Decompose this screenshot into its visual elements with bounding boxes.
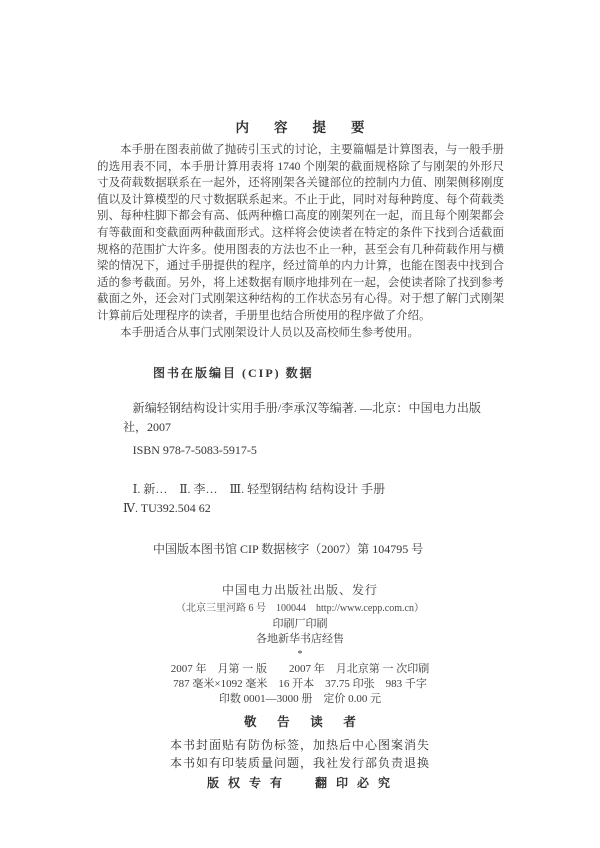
edition-line: 2007 年 月第 一 版 2007 年 月北京第 一 次印刷 [0,662,600,677]
asterisk-separator: * [0,649,600,661]
cip-classification-line1: Ⅰ. 新… Ⅱ. 李… Ⅲ. 轻型钢结构 结构设计 手册 [123,480,481,499]
book-copyright-page: 内 容 提 要 本手册在图表前做了抛砖引玉式的讨论，主要篇幅是计算图表，与一般手… [0,0,600,848]
anti-counterfeit-notice: 本书封面贴有防伪标签，加热后中心图案消失 [0,736,600,754]
quality-return-notice: 本书如有印装质量问题，我社发行部负责退换 [0,754,600,772]
content-summary-heading: 内 容 提 要 [0,116,600,136]
isbn-number: ISBN 978-7-5083-5917-5 [123,441,481,460]
summary-paragraph-2: 本手册适合从事门式刚架设计人员以及高校师生参考使用。 [97,325,504,342]
publisher-line: 中国电力出版社出版、发行 [0,583,600,598]
content-summary: 本手册在图表前做了抛砖引玉式的讨论，主要篇幅是计算图表，与一般手册的选用表不同，… [97,142,504,341]
cip-classification-line2: Ⅳ. TU392.504 62 [123,499,481,518]
cip-heading: 图书在版编目 (CIP) 数据 [153,364,481,381]
cip-record: 新编轻钢结构设计实用手册/李承汉等编著. —北京：中国电力出版社，2007 [123,399,481,437]
cip-record-number: 中国版本图书馆 CIP 数据核字（2007）第 104795 号 [153,540,481,559]
printer-line: 印刷厂印刷 [0,617,600,632]
publisher-address: （北京三里河路 6 号 100044 http://www.cepp.com.c… [0,601,600,616]
summary-paragraph-1: 本手册在图表前做了抛砖引玉式的讨论，主要篇幅是计算图表，与一般手册的选用表不同，… [97,142,504,325]
copyright-statement: 版 权 专 有 翻 印 必 究 [0,774,600,792]
format-line: 787 毫米×1092 毫米 16 开本 37.75 印张 983 千字 [0,677,600,692]
cip-data-block: 图书在版编目 (CIP) 数据 新编轻钢结构设计实用手册/李承汉等编著. —北京… [123,364,481,559]
reader-notice-heading: 敬 告 读 者 [0,712,600,730]
imprint-colophon: 中国电力出版社出版、发行 （北京三里河路 6 号 100044 http://w… [0,583,600,708]
distributor-line: 各地新华书店经售 [0,632,600,647]
reader-notice: 敬 告 读 者 本书封面贴有防伪标签，加热后中心图案消失 本书如有印装质量问题，… [0,712,600,792]
print-run-line: 印数 0001—3000 册 定价 0.00 元 [0,692,600,707]
